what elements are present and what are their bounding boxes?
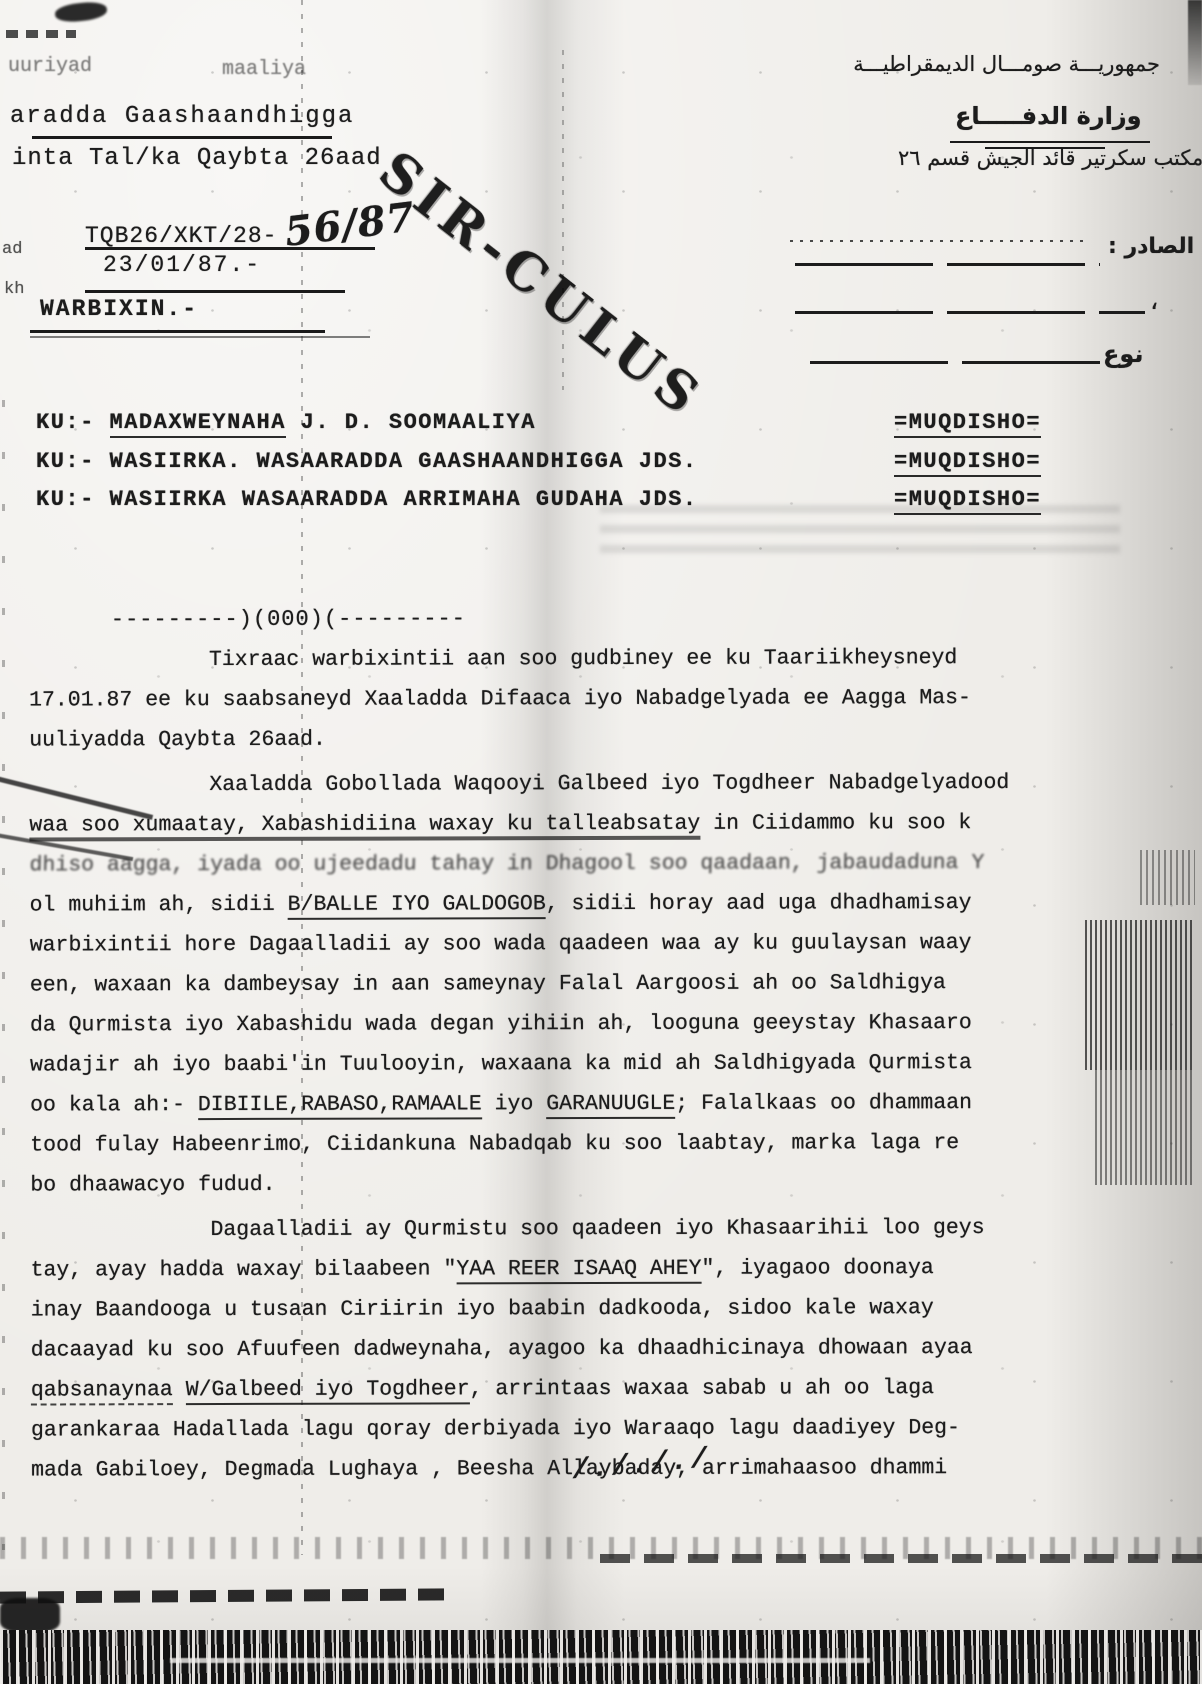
text-segment: iyo	[482, 1092, 547, 1116]
body-line: waa soo xumaatay, Xabashidiina waxay ku …	[29, 802, 1189, 845]
paragraph-reference: Tixraac warbixintii aan soo gudbiney ee …	[29, 637, 1189, 760]
scan-shadow-top-right	[1188, 0, 1202, 85]
text-segment: garankaraa Hadallada lagu qoray derbiyad…	[31, 1416, 960, 1442]
text-segment: KU:- WASIIRKA WASAARADDA ARRIMAHA GUDAHA…	[36, 487, 698, 512]
ministry-name-arabic: وزارة الدفـــــاع	[955, 102, 1142, 130]
text-segment: bo dhaawacyo fudud.	[30, 1173, 275, 1198]
body-line: tood fulay Habeenrimo, Ciidankuna Nabadq…	[30, 1122, 1190, 1165]
scanned-document-page: uuriyad maaliya aradda Gaashaandhigga in…	[0, 0, 1202, 1684]
type-fill-line	[810, 361, 1103, 364]
command-section-line: inta Tal/ka Qaybta 26aad	[12, 145, 382, 172]
text-segment: MADAXWEYNAHA	[110, 410, 286, 438]
scan-noise-patch-right-3	[1140, 850, 1195, 905]
text-segment: KU:-	[36, 410, 110, 435]
dash-line-bottom-right	[600, 1554, 1202, 1563]
body-line: dacaayad ku soo Afuufeen dadweynaha, aya…	[31, 1327, 1191, 1370]
reference-number-typed: TQB26/XKT/28-	[85, 223, 277, 249]
body-line: ol muhiim ah, sidii B/BALLE IYO GALDOGOB…	[30, 882, 1190, 925]
document-date: 23/01/87.-	[103, 252, 261, 278]
body-line: Xaaladda Gobollada Waqooyi Galbeed iyo T…	[29, 762, 1189, 805]
comma-mark-arabic: ،	[1150, 286, 1158, 316]
body-line: tay, ayay hadda waxay bilaabeen "YAA REE…	[31, 1247, 1191, 1290]
section-separator: ---------)(000)(---------	[111, 604, 1189, 632]
text-segment: Dagaalladii ay Qurmistu soo qaadeen iyo …	[210, 1216, 984, 1242]
recipient-row: KU:- MADAXWEYNAHA J. D. SOOMAALIYA =MUQD…	[36, 410, 536, 435]
text-segment: tood fulay Habeenrimo, Ciidankuna Nabadq…	[30, 1131, 959, 1157]
body-line: qabsanaynaa W/Galbeed iyo Togdheer, arri…	[31, 1367, 1191, 1410]
text-segment: dacaayad ku soo Afuufeen dadweynaha, aya…	[31, 1336, 973, 1362]
body-line: bo dhaawacyo fudud.	[30, 1162, 1190, 1205]
ministry-underline	[32, 136, 332, 139]
left-edge-punch-marks	[2, 400, 5, 1550]
body-line: wadajir ah iyo baabi'in Tuulooyin, waxaa…	[30, 1042, 1190, 1085]
body-line: Tixraac warbixintii aan soo gudbiney ee …	[29, 637, 1189, 680]
text-segment: ol muhiim ah, sidii	[30, 893, 288, 918]
date-underline	[85, 290, 345, 293]
title-underline-2	[30, 336, 370, 338]
text-segment	[173, 1378, 186, 1402]
scan-noise-patch-right-1	[1085, 920, 1195, 1070]
text-segment: dhiso aagga, iyada oo ujeedadu tahay in …	[29, 851, 984, 878]
text-segment: , sidii horay aad uga dhadhamisay	[546, 891, 972, 916]
dash-bar-bottom-left	[0, 1588, 450, 1603]
text-segment: GARANUUGLE	[546, 1092, 675, 1119]
text-segment: B/BALLE IYO GALDOGOB	[288, 892, 546, 920]
text-segment: YAA REER ISAAQ AHEY	[456, 1257, 701, 1285]
recipient-city: =MUQDISHO=	[894, 410, 1041, 438]
scan-ink-blob-bottom-left	[0, 1598, 60, 1632]
scanner-band-light-gap	[170, 1658, 870, 1663]
text-segment: ", iyagaoo doonaya	[701, 1256, 933, 1281]
text-segment: 17.01.87 ee ku saabsaneyd Xaaladda Difaa…	[29, 686, 971, 712]
body-line: da Qurmista iyo Xabashidu wada degan yih…	[30, 1002, 1190, 1045]
text-segment: oo kala ah:-	[30, 1093, 198, 1117]
text-segment: inay Baandooga u tusaan Ciriirin iyo baa…	[31, 1296, 934, 1322]
paragraph-propaganda: Dagaalladii ay Qurmistu soo qaadeen iyo …	[30, 1207, 1191, 1490]
ministry-name-line: aradda Gaashaandhigga	[10, 103, 354, 130]
text-segment: da Qurmista iyo Xabashidu wada degan yih…	[30, 1011, 972, 1037]
margin-note-ref: ad	[2, 240, 22, 259]
text-segment: qabsanaynaa	[31, 1378, 173, 1405]
text-segment: waa soo xumaatay, Xabashidiina waxay ku …	[29, 812, 700, 842]
document-title: WARBIXIN.-	[40, 296, 198, 322]
scanner-edge-band-bottom	[0, 1630, 1202, 1684]
text-segment: wadajir ah iyo baabi'in Tuulooyin, waxaa…	[30, 1051, 972, 1077]
title-underline	[30, 330, 325, 333]
recipient-address: KU:- MADAXWEYNAHA J. D. SOOMAALIYA	[36, 410, 536, 438]
issued-fill-line	[795, 263, 1100, 266]
body-line: 17.01.87 ee ku saabsaneyd Xaaladda Difaa…	[29, 677, 1189, 720]
text-segment: in Ciidammo ku soo k	[700, 811, 971, 836]
body-line: uuliyadda Qaybta 26aad.	[29, 717, 1189, 760]
issued-label-arabic: الصادر :	[1108, 234, 1194, 259]
margin-note-date: kh	[4, 280, 24, 299]
office-name-arabic: مكتب سكرتير قائد الجيش قسم ٢٦	[898, 146, 1202, 170]
text-segment: mada Gabiloey, Degmada Lughaya , Beesha …	[31, 1456, 947, 1482]
classification-stamp: SIR-CULUS	[367, 140, 714, 430]
text-segment: DIBIILE,RABASO,RAMAALE	[198, 1092, 482, 1120]
reference-number-line: TQB26/XKT/28-56/87	[85, 205, 416, 252]
text-segment: warbixintii hore Dagaalladii ay soo wada…	[30, 931, 972, 957]
text-segment: Tixraac warbixintii aan soo gudbiney ee …	[209, 646, 957, 672]
text-segment: een, waxaan ka dambeysay in aan sameynay…	[30, 971, 946, 997]
text-segment: W/Galbeed iyo Togdheer	[186, 1377, 470, 1405]
ministry-arabic-underline	[950, 141, 1150, 143]
issued-dotted-line	[790, 240, 1090, 242]
text-segment: Xaaladda Gobollada Waqooyi Galbeed iyo T…	[209, 771, 1009, 797]
body-line: een, waxaan ka dambeysay in aan sameynay…	[30, 962, 1190, 1005]
recipient-row: KU:- WASIIRKA. WASAARADDA GAASHAANDHIGGA…	[36, 449, 698, 474]
text-segment: KU:- WASIIRKA. WASAARADDA GAASHAANDHIGGA…	[36, 449, 698, 474]
type-label-arabic: نوع	[1103, 340, 1143, 368]
country-name-fragment-right: maaliya	[222, 58, 306, 81]
country-name-arabic: جمهوريـــة صومـــال الديمقراطيـــة	[860, 52, 1160, 76]
country-name-fragment-left: uuriyad	[8, 55, 92, 78]
recipient-row: KU:- WASIIRKA WASAARADDA ARRIMAHA GUDAHA…	[36, 487, 698, 512]
scan-ink-blob-top-left	[54, 0, 108, 23]
text-segment: uuliyadda Qaybta 26aad.	[29, 728, 326, 753]
recipient-city: =MUQDISHO=	[894, 487, 1041, 515]
text-segment: , arrintaas waxaa sabab u ah oo laga	[470, 1376, 935, 1401]
body-line: dhiso aagga, iyada oo ujeedadu tahay in …	[29, 842, 1190, 885]
recipient-address: KU:- WASIIRKA WASAARADDA ARRIMAHA GUDAHA…	[36, 487, 698, 512]
paragraph-situation: Xaaladda Gobollada Waqooyi Galbeed iyo T…	[29, 762, 1190, 1205]
body-line: garankaraa Hadallada lagu qoray derbiyad…	[31, 1407, 1191, 1450]
body-line: Dagaalladii ay Qurmistu soo qaadeen iyo …	[30, 1207, 1190, 1250]
scan-noise-patch-right-2	[1095, 1070, 1195, 1185]
scan-dash-mark-top-left	[6, 30, 76, 38]
body-line: inay Baandooga u tusaan Ciriirin iyo baa…	[31, 1287, 1191, 1330]
document-body: ---------)(000)(--------- Tixraac warbix…	[29, 604, 1191, 1495]
blank-fill-line	[795, 311, 1145, 314]
recipient-city: =MUQDISHO=	[894, 449, 1041, 477]
recipient-address: KU:- WASIIRKA. WASAARADDA GAASHAANDHIGGA…	[36, 449, 698, 474]
reference-underline	[85, 247, 375, 250]
body-line: warbixintii hore Dagaalladii ay soo wada…	[30, 922, 1190, 965]
body-line: oo kala ah:- DIBIILE,RABASO,RAMAALE iyo …	[30, 1082, 1190, 1125]
text-segment: ; Falalkaas oo dhammaan	[675, 1091, 972, 1116]
text-segment: J. D. SOOMAALIYA	[286, 410, 536, 435]
text-segment: tay, ayay hadda waxay bilaabeen "	[31, 1257, 457, 1282]
